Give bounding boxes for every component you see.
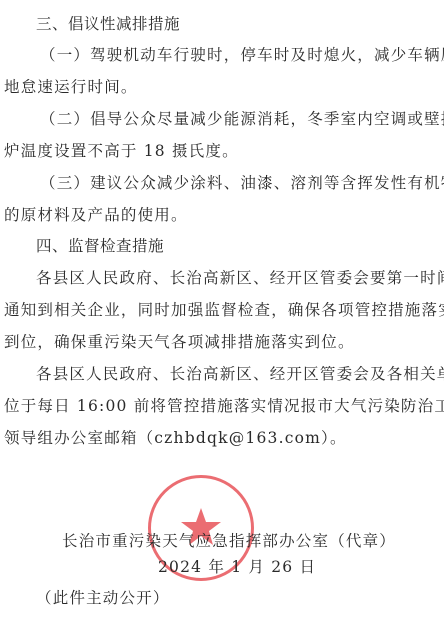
issuer-signature: 长治市重污染天气应急指挥部办公室（代章）	[62, 531, 396, 551]
section-3-item-3-line-1: （三）建议公众减少涂料、油漆、溶剂等含挥发性有机物	[40, 173, 444, 193]
section-4-para-2-line-2: 位于每日 16:00 前将管控措施落实情况报市大气污染防治工作	[4, 396, 444, 416]
section-3-item-1-line-2: 地怠速运行时间。	[4, 77, 138, 97]
section-3-item-3-line-2: 的原材料及产品的使用。	[4, 205, 188, 225]
disclosure-note: （此件主动公开）	[36, 588, 170, 608]
section-3-item-2-line-1: （二）倡导公众尽量减少能源消耗，冬季室内空调或壁挂	[40, 109, 444, 129]
section-4-para-1-line-3: 到位，确保重污染天气各项减排措施落实到位。	[4, 332, 355, 352]
section-4-para-1-line-2: 通知到相关企业，同时加强监督检查，确保各项管控措施落实	[4, 300, 444, 320]
section-4-para-2-line-1: 各县区人民政府、长治高新区、经开区管委会及各相关单	[36, 364, 444, 384]
section-4-heading: 四、监督检查措施	[36, 236, 164, 256]
section-3-heading: 三、倡议性减排措施	[36, 14, 180, 34]
section-4-para-2-line-3: 领导组办公室邮箱（czhbdqk@163.com）。	[4, 428, 347, 448]
section-4-para-1-line-1: 各县区人民政府、长治高新区、经开区管委会要第一时间	[36, 268, 444, 288]
section-3-item-1-line-1: （一）驾驶机动车行驶时，停车时及时熄火，减少车辆原	[40, 45, 444, 65]
issue-date: 2024 年 1 月 26 日	[158, 557, 316, 577]
section-3-item-2-line-2: 炉温度设置不高于 18 摄氏度。	[4, 141, 239, 161]
